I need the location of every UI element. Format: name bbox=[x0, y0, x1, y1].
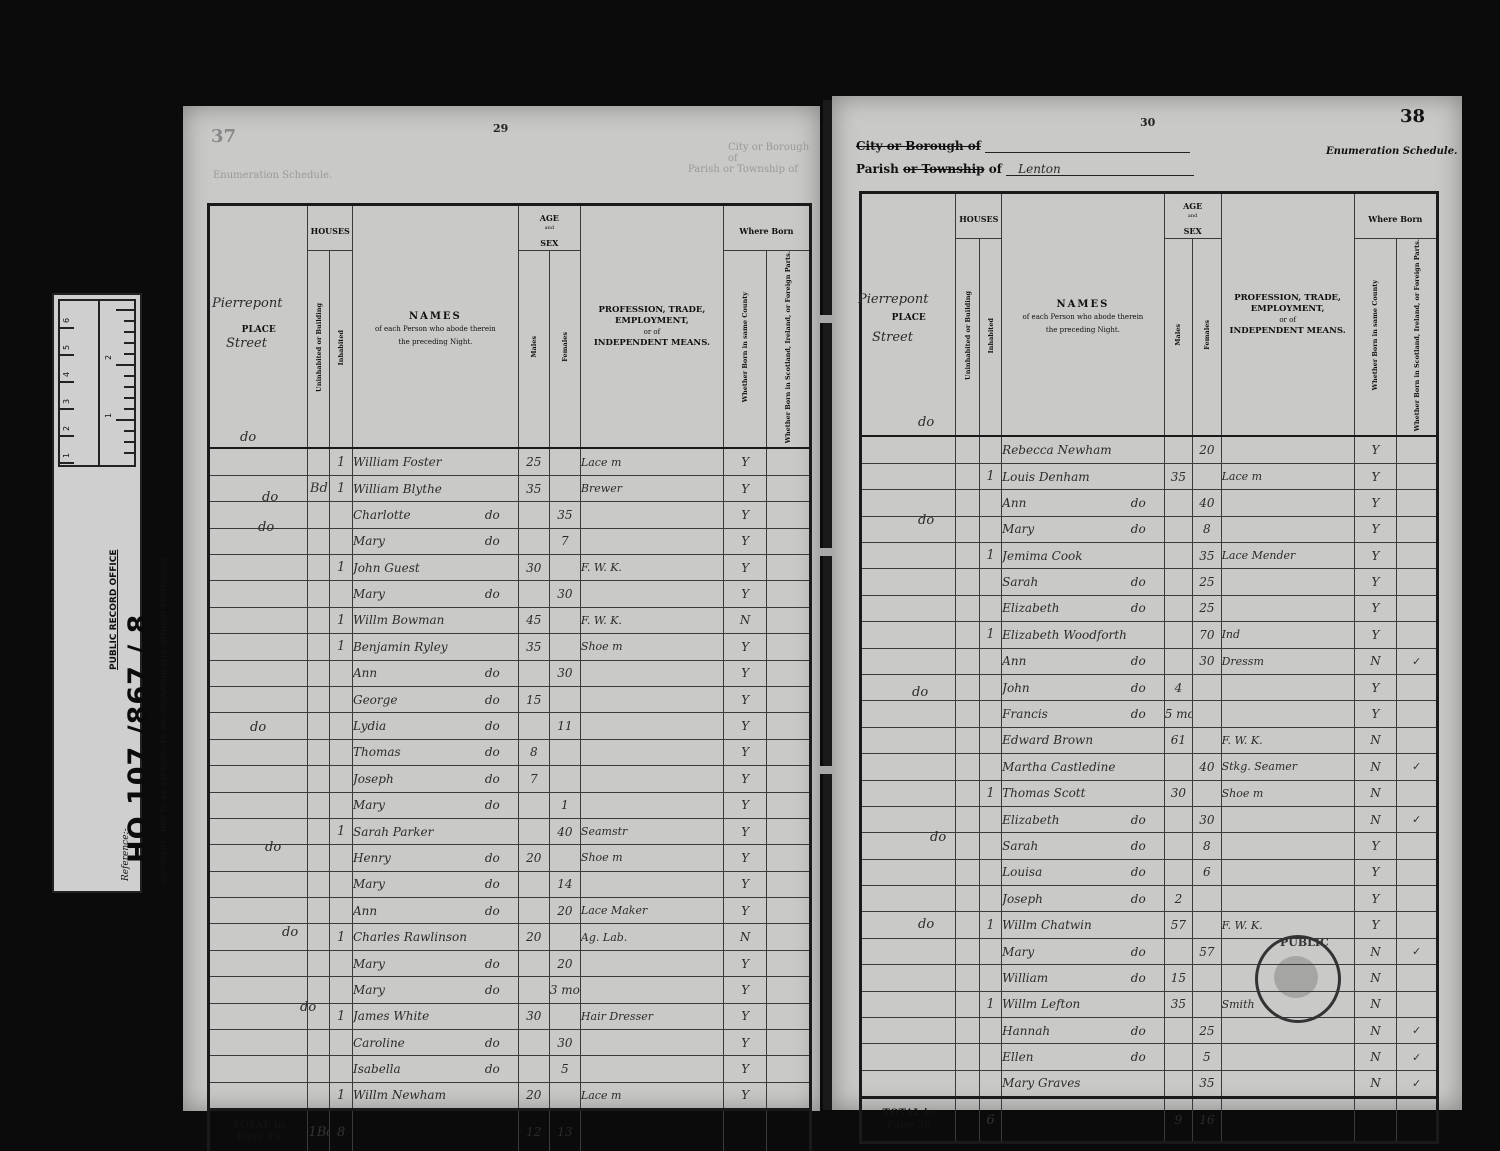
place-cell bbox=[209, 950, 308, 976]
uninhabited-cell bbox=[956, 648, 979, 674]
born-foreign bbox=[767, 581, 811, 607]
male-age: 5 months bbox=[1164, 701, 1192, 727]
born-foreign bbox=[1397, 436, 1438, 463]
born-same-county: Y bbox=[1354, 674, 1397, 700]
profession-cell: Lace Mender bbox=[1221, 542, 1354, 568]
census-row: 1Thomas Scott30Shoe mN bbox=[861, 780, 1438, 806]
total-females: 16 bbox=[1193, 1098, 1221, 1143]
name-text: Charles Rawlinson bbox=[353, 930, 467, 944]
born-same-county: N bbox=[1354, 754, 1397, 780]
female-age: 20 bbox=[1193, 436, 1221, 463]
name-text: Mary bbox=[353, 877, 385, 891]
inhabited-cell bbox=[330, 1030, 353, 1056]
born-foreign bbox=[1397, 463, 1438, 489]
inhabited-cell: 1 bbox=[330, 475, 353, 501]
female-age: 5 bbox=[1193, 1044, 1221, 1070]
female-age: 35 bbox=[549, 502, 580, 528]
total-blank bbox=[1397, 1098, 1438, 1143]
census-row: Louisado6Y bbox=[861, 859, 1438, 885]
place-cell bbox=[209, 475, 308, 501]
female-age bbox=[1193, 965, 1221, 991]
uninhabited-cell bbox=[956, 516, 979, 542]
female-age: 25 bbox=[1193, 1018, 1221, 1044]
person-name: Sarah Parker bbox=[352, 818, 518, 844]
female-age: 57 bbox=[1193, 938, 1221, 964]
inhabited-cell: 1 bbox=[330, 634, 353, 660]
born-same-county: N bbox=[1354, 806, 1397, 832]
uninhabited-cell bbox=[308, 634, 330, 660]
profession-cell bbox=[580, 950, 723, 976]
name-text: Francis bbox=[1002, 707, 1048, 721]
born-same-county: Y bbox=[1354, 701, 1397, 727]
born-same-county: N bbox=[1354, 648, 1397, 674]
total-names-blank bbox=[352, 1110, 518, 1151]
census-row: Francisdo5 monthsY bbox=[861, 701, 1438, 727]
census-row: Marydo3 monthsY bbox=[209, 977, 811, 1003]
ditto-mark: do bbox=[1131, 1050, 1146, 1064]
name-text: Henry bbox=[353, 851, 391, 865]
census-row: Georgedo15Y bbox=[209, 686, 811, 712]
ditto-mark: do bbox=[1131, 892, 1146, 906]
uninhabited-cell bbox=[308, 607, 330, 633]
reference-strip: 123456 12 Reference:- HO 107 /867 / 8 PU… bbox=[52, 293, 142, 893]
profession-cell: Lace Maker bbox=[580, 898, 723, 924]
place-ditto: do bbox=[265, 840, 281, 855]
female-age bbox=[549, 1003, 580, 1029]
place-cell bbox=[861, 622, 956, 648]
male-age: 15 bbox=[1164, 965, 1192, 991]
person-name: Elizabeth Woodforth bbox=[1002, 622, 1165, 648]
born-county-header: Whether Born in same County bbox=[1354, 239, 1397, 437]
ditto-mark: do bbox=[485, 1036, 500, 1050]
place-cell bbox=[861, 701, 956, 727]
born-foreign bbox=[1397, 780, 1438, 806]
inhabited-header: Inhabited bbox=[979, 239, 1001, 437]
profession-cell bbox=[580, 977, 723, 1003]
female-age bbox=[549, 634, 580, 660]
ditto-mark: do bbox=[485, 666, 500, 680]
females-header: Females bbox=[1193, 239, 1221, 437]
male-age: 30 bbox=[518, 554, 549, 580]
page-number: 30 bbox=[1140, 116, 1155, 129]
born-foreign bbox=[767, 475, 811, 501]
census-row: Elizabethdo30N✓ bbox=[861, 806, 1438, 832]
uninhabited-cell bbox=[308, 660, 330, 686]
person-name: Charles Rawlinson bbox=[352, 924, 518, 950]
person-name: Marydo bbox=[352, 871, 518, 897]
total-uninhabited bbox=[956, 1098, 979, 1143]
place-cell bbox=[209, 581, 308, 607]
reference-code: HO 107 /867 / 8 bbox=[123, 614, 154, 863]
born-same-county: Y bbox=[1354, 859, 1397, 885]
inhabited-cell bbox=[330, 686, 353, 712]
born-same-county: Y bbox=[723, 554, 767, 580]
parish-township-line: Parish or Township of Lenton bbox=[856, 162, 1194, 176]
female-age: 11 bbox=[549, 713, 580, 739]
census-row: Carolinedo30Y bbox=[209, 1030, 811, 1056]
born-foreign bbox=[767, 660, 811, 686]
ditto-mark: do bbox=[1131, 839, 1146, 853]
person-name: Willm Chatwin bbox=[1002, 912, 1165, 938]
person-name: Elizabethdo bbox=[1002, 595, 1165, 621]
houses-header: HOUSES bbox=[956, 193, 1002, 239]
person-name: Marydo bbox=[352, 950, 518, 976]
person-name: Carolinedo bbox=[352, 1030, 518, 1056]
born-foreign: ✓ bbox=[1397, 754, 1438, 780]
profession-cell: Shoe m bbox=[580, 845, 723, 871]
male-age: 30 bbox=[1164, 780, 1192, 806]
profession-cell bbox=[580, 792, 723, 818]
female-age: 14 bbox=[549, 871, 580, 897]
uninhabited-header: Uninhabited or Building bbox=[956, 239, 979, 437]
born-foreign bbox=[767, 792, 811, 818]
place-cell bbox=[209, 660, 308, 686]
person-name: Marydo bbox=[352, 581, 518, 607]
inhabited-cell: 1 bbox=[979, 912, 1001, 938]
uninhabited-cell bbox=[956, 674, 979, 700]
male-age bbox=[1164, 648, 1192, 674]
place-cell bbox=[209, 898, 308, 924]
inhabited-cell bbox=[979, 1044, 1001, 1070]
male-age bbox=[518, 950, 549, 976]
census-row: Mary Graves35N✓ bbox=[861, 1070, 1438, 1097]
profession-cell: Lace m bbox=[1221, 463, 1354, 489]
female-age: 30 bbox=[1193, 648, 1221, 674]
inhabited-cell: 1 bbox=[330, 1003, 353, 1029]
person-name: Henrydo bbox=[352, 845, 518, 871]
ditto-mark: do bbox=[1131, 1024, 1146, 1038]
born-same-county: Y bbox=[723, 660, 767, 686]
person-name: Anndo bbox=[1002, 490, 1165, 516]
place-ditto: do bbox=[250, 720, 266, 735]
name-text: Ann bbox=[353, 666, 377, 680]
uninhabited-cell bbox=[956, 622, 979, 648]
person-name: Georgedo bbox=[352, 686, 518, 712]
name-text: Willm Lefton bbox=[1002, 997, 1080, 1011]
male-age bbox=[1164, 516, 1192, 542]
person-name: William Blythe bbox=[352, 475, 518, 501]
inhabited-cell bbox=[979, 595, 1001, 621]
census-row: 1Willm Newham20Lace mY bbox=[209, 1082, 811, 1109]
public-record-office-stamp: PUBLIC bbox=[1255, 935, 1341, 1023]
ditto-mark: do bbox=[1131, 601, 1146, 615]
profession-cell bbox=[1221, 833, 1354, 859]
female-age bbox=[1193, 674, 1221, 700]
name-text: Sarah bbox=[1002, 839, 1038, 853]
male-age bbox=[1164, 622, 1192, 648]
census-row: Marydo20Y bbox=[209, 950, 811, 976]
census-row: Johndo4Y bbox=[861, 674, 1438, 700]
name-text: William Foster bbox=[353, 455, 442, 469]
female-age: 40 bbox=[1193, 490, 1221, 516]
name-text: Jemima Cook bbox=[1002, 549, 1082, 563]
born-foreign bbox=[767, 898, 811, 924]
female-age bbox=[1193, 701, 1221, 727]
female-age: 8 bbox=[1193, 516, 1221, 542]
born-same-county: Y bbox=[723, 713, 767, 739]
born-foreign bbox=[767, 713, 811, 739]
name-text: Willm Bowman bbox=[353, 613, 444, 627]
male-age: 25 bbox=[518, 448, 549, 475]
born-foreign bbox=[767, 502, 811, 528]
ditto-mark: do bbox=[485, 798, 500, 812]
born-same-county: Y bbox=[723, 1003, 767, 1029]
female-age: 6 bbox=[1193, 859, 1221, 885]
female-age: 20 bbox=[549, 950, 580, 976]
inhabited-cell bbox=[979, 754, 1001, 780]
place-cell bbox=[861, 859, 956, 885]
profession-header: PROFESSION, TRADE, EMPLOYMENT, or of IND… bbox=[580, 205, 723, 449]
born-same-county: Y bbox=[1354, 569, 1397, 595]
born-same-county: N bbox=[1354, 991, 1397, 1017]
female-age bbox=[1193, 886, 1221, 912]
inhabited-cell bbox=[330, 977, 353, 1003]
born-foreign bbox=[1397, 859, 1438, 885]
uninhabited-cell bbox=[308, 581, 330, 607]
female-age bbox=[1193, 780, 1221, 806]
born-foreign: ✓ bbox=[1397, 648, 1438, 674]
uninhabited-cell bbox=[308, 871, 330, 897]
ditto-mark: do bbox=[485, 693, 500, 707]
female-age bbox=[549, 554, 580, 580]
ditto-mark: do bbox=[1131, 496, 1146, 510]
profession-cell bbox=[1221, 859, 1354, 885]
name-text: William Blythe bbox=[353, 482, 442, 496]
total-blank bbox=[723, 1110, 767, 1151]
inhabited-cell bbox=[330, 1056, 353, 1082]
female-age bbox=[1193, 912, 1221, 938]
place-header: PLACE bbox=[209, 205, 308, 449]
census-row: 1John Guest30F. W. K.Y bbox=[209, 554, 811, 580]
inhabited-cell bbox=[979, 886, 1001, 912]
census-row: Ellendo5N✓ bbox=[861, 1044, 1438, 1070]
place-ditto: do bbox=[282, 925, 298, 940]
person-name: Benjamin Ryley bbox=[352, 634, 518, 660]
ditto-mark: do bbox=[1131, 522, 1146, 536]
born-same-county: Y bbox=[1354, 912, 1397, 938]
place-cell bbox=[861, 1018, 956, 1044]
female-age: 30 bbox=[549, 1030, 580, 1056]
male-age bbox=[1164, 569, 1192, 595]
born-foreign bbox=[1397, 674, 1438, 700]
male-age bbox=[1164, 1044, 1192, 1070]
male-age bbox=[518, 871, 549, 897]
uninhabited-cell bbox=[308, 554, 330, 580]
age-sex-header: AGE and SEX bbox=[1164, 193, 1221, 239]
born-same-county: N bbox=[1354, 938, 1397, 964]
name-text: Willm Chatwin bbox=[1002, 918, 1092, 932]
place-cell bbox=[861, 542, 956, 568]
census-row: 1Jemima Cook35Lace MenderY bbox=[861, 542, 1438, 568]
total-males: 12 bbox=[518, 1110, 549, 1151]
census-row: 1Charles Rawlinson20Ag. Lab.N bbox=[209, 924, 811, 950]
inhabited-cell bbox=[330, 845, 353, 871]
born-foreign bbox=[767, 845, 811, 871]
born-same-county: Y bbox=[723, 818, 767, 844]
born-foreign bbox=[767, 686, 811, 712]
profession-cell bbox=[1221, 516, 1354, 542]
uninhabited-cell bbox=[308, 845, 330, 871]
census-row: Marydo30Y bbox=[209, 581, 811, 607]
born-foreign bbox=[767, 818, 811, 844]
name-text: Ann bbox=[1002, 654, 1026, 668]
uninhabited-cell bbox=[308, 924, 330, 950]
place-ditto: do bbox=[300, 1000, 316, 1015]
person-name: Johndo bbox=[1002, 674, 1165, 700]
female-age: 40 bbox=[549, 818, 580, 844]
place-cell bbox=[861, 648, 956, 674]
born-same-county: Y bbox=[723, 1030, 767, 1056]
inhabited-cell: 1 bbox=[330, 924, 353, 950]
inhabited-cell bbox=[330, 528, 353, 554]
uninhabited-cell bbox=[956, 1070, 979, 1097]
person-name: Marydo bbox=[1002, 516, 1165, 542]
born-same-county: N bbox=[723, 924, 767, 950]
name-text: William bbox=[1002, 971, 1048, 985]
name-text: Elizabeth Woodforth bbox=[1002, 628, 1127, 642]
profession-cell bbox=[580, 1056, 723, 1082]
female-age: 8 bbox=[1193, 833, 1221, 859]
name-text: Louis Denham bbox=[1002, 470, 1089, 484]
name-text: Joseph bbox=[1002, 892, 1043, 906]
female-age bbox=[549, 475, 580, 501]
place-cell bbox=[861, 516, 956, 542]
born-foreign bbox=[767, 977, 811, 1003]
name-text: Elizabeth bbox=[1002, 813, 1059, 827]
profession-cell bbox=[1221, 701, 1354, 727]
place-cell bbox=[209, 448, 308, 475]
male-age: 4 bbox=[1164, 674, 1192, 700]
inhabited-cell bbox=[979, 569, 1001, 595]
person-name: Charlottedo bbox=[352, 502, 518, 528]
inhabited-cell bbox=[979, 1070, 1001, 1097]
male-age: 7 bbox=[518, 766, 549, 792]
inhabited-cell bbox=[330, 660, 353, 686]
born-foreign: ✓ bbox=[1397, 806, 1438, 832]
uninhabited-cell bbox=[956, 806, 979, 832]
where-born-header: Where Born bbox=[1354, 193, 1437, 239]
male-age bbox=[518, 660, 549, 686]
place-cell bbox=[861, 912, 956, 938]
place-cell bbox=[209, 1030, 308, 1056]
profession-cell bbox=[580, 502, 723, 528]
born-same-county: N bbox=[1354, 1018, 1397, 1044]
place-header: PLACE bbox=[861, 193, 956, 437]
census-row: Anndo40Y bbox=[861, 490, 1438, 516]
born-foreign bbox=[767, 924, 811, 950]
place-ditto: do bbox=[240, 430, 256, 445]
females-header: Females bbox=[549, 251, 580, 449]
name-text: Thomas Scott bbox=[1002, 786, 1085, 800]
born-same-county: N bbox=[1354, 965, 1397, 991]
male-age bbox=[518, 713, 549, 739]
census-row: Thomasdo8Y bbox=[209, 739, 811, 765]
female-age: 30 bbox=[549, 581, 580, 607]
person-name: Marydo bbox=[1002, 938, 1165, 964]
profession-cell: Dressm bbox=[1221, 648, 1354, 674]
name-text: Mary bbox=[353, 983, 385, 997]
person-name: Thomasdo bbox=[352, 739, 518, 765]
male-age bbox=[1164, 806, 1192, 832]
place-cell bbox=[861, 886, 956, 912]
inhabited-cell bbox=[979, 516, 1001, 542]
uninhabited-cell bbox=[956, 542, 979, 568]
name-text: Edward Brown bbox=[1002, 733, 1093, 747]
total-females: 13 bbox=[549, 1110, 580, 1151]
profession-cell bbox=[580, 739, 723, 765]
female-age: 35 bbox=[1193, 542, 1221, 568]
profession-cell: Stkg. Seamer bbox=[1221, 754, 1354, 780]
born-foreign bbox=[1397, 542, 1438, 568]
born-same-county: Y bbox=[723, 950, 767, 976]
ditto-mark: do bbox=[485, 745, 500, 759]
male-age: 20 bbox=[518, 1082, 549, 1109]
born-same-county: N bbox=[1354, 780, 1397, 806]
person-name: Willm Newham bbox=[352, 1082, 518, 1109]
born-foreign bbox=[1397, 595, 1438, 621]
males-header: Males bbox=[518, 251, 549, 449]
born-foreign bbox=[767, 1003, 811, 1029]
place-cell bbox=[861, 754, 956, 780]
uninhabited-cell bbox=[956, 965, 979, 991]
inhabited-cell bbox=[979, 965, 1001, 991]
inhabited-cell bbox=[979, 833, 1001, 859]
profession-cell bbox=[1221, 1044, 1354, 1070]
bleed-through-title: Enumeration Schedule. bbox=[213, 170, 332, 181]
uninhabited-cell bbox=[956, 886, 979, 912]
place-cell bbox=[861, 991, 956, 1017]
born-same-county: Y bbox=[1354, 516, 1397, 542]
place-cell bbox=[209, 1003, 308, 1029]
total-label-line: TOTAL in bbox=[862, 1108, 955, 1120]
profession-cell bbox=[580, 766, 723, 792]
born-foreign: ✓ bbox=[1397, 938, 1438, 964]
male-age bbox=[1164, 595, 1192, 621]
born-same-county: N bbox=[723, 607, 767, 633]
person-name: Willm Lefton bbox=[1002, 991, 1165, 1017]
female-age: 30 bbox=[549, 660, 580, 686]
born-foreign bbox=[1397, 490, 1438, 516]
born-foreign-header: Whether Born in Scotland, Ireland, or Fo… bbox=[767, 251, 811, 449]
census-row: Marydo14Y bbox=[209, 871, 811, 897]
born-same-county: Y bbox=[723, 581, 767, 607]
uninhabited-cell bbox=[308, 739, 330, 765]
born-foreign bbox=[767, 1056, 811, 1082]
born-foreign-header: Whether Born in Scotland, Ireland, or Fo… bbox=[1397, 239, 1438, 437]
inhabited-cell bbox=[979, 436, 1001, 463]
name-text: Sarah Parker bbox=[353, 825, 433, 839]
names-header: NAMES of each Person who abode therein t… bbox=[1002, 193, 1165, 437]
census-row: Isabellado5Y bbox=[209, 1056, 811, 1082]
place-cell bbox=[861, 938, 956, 964]
born-same-county: Y bbox=[723, 898, 767, 924]
ditto-mark: do bbox=[485, 719, 500, 733]
female-age bbox=[1193, 991, 1221, 1017]
female-age: 35 bbox=[1193, 1070, 1221, 1097]
inhabited-cell: 1 bbox=[979, 622, 1001, 648]
place-cell bbox=[209, 634, 308, 660]
uninhabited-cell bbox=[308, 448, 330, 475]
total-label-line: TOTAL in bbox=[210, 1120, 307, 1132]
scale-ruler: 123456 12 bbox=[58, 299, 136, 467]
born-county-header: Whether Born in same County bbox=[723, 251, 767, 449]
parish-value: Lenton bbox=[1006, 162, 1194, 176]
male-age bbox=[518, 792, 549, 818]
census-row: Sarahdo8Y bbox=[861, 833, 1438, 859]
place-cell bbox=[861, 1070, 956, 1097]
inhabited-cell bbox=[330, 898, 353, 924]
born-foreign bbox=[767, 554, 811, 580]
